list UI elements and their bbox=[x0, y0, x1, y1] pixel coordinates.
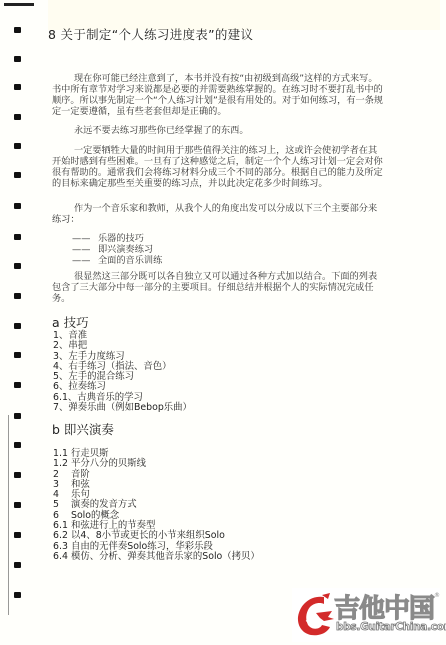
dash-item: ——全面的音乐训练 bbox=[72, 255, 162, 266]
binder-hole bbox=[14, 234, 21, 240]
intro-paragraph: 现在你可能已经注意到了，本书并没有按“由初级到高级”这样的方式来写。书中所有章节… bbox=[52, 73, 386, 117]
binder-hole bbox=[14, 502, 21, 508]
binder-hole bbox=[14, 323, 21, 329]
watermark-title: 吉他中国 bbox=[334, 588, 434, 625]
dash-item: ——乐器的技巧 bbox=[72, 233, 162, 244]
section-a-list: 1、音准 2、串把 3、左手力度练习 4、右手练习（指法、音色） 5、左手的混合… bbox=[53, 331, 192, 413]
list-item: 7、弹奏乐曲（例如Bebop乐曲） bbox=[53, 403, 192, 413]
binder-hole bbox=[14, 592, 21, 598]
binder-hole bbox=[14, 413, 21, 419]
practice-paragraph: 一定要牺牲大量的时间用于那些值得关注的练习上，这或许会使初学者在其开始时感到有些… bbox=[52, 145, 386, 189]
list-item: 6.4模仿、分析、弹奏其他音乐家的Solo（拷贝） bbox=[53, 552, 260, 562]
section-b-list: 1.1行走贝斯 1.2平分八分的贝斯线 2音阶 3和弦 4乐句 5演奏的发音方式… bbox=[53, 449, 260, 562]
binder-hole bbox=[14, 263, 21, 269]
emphasis-paragraph: 永远不要去练习那些你已经掌握了的东西。 bbox=[52, 125, 386, 136]
three-parts-paragraph: 作为一个音乐家和教师，从我个人的角度出发可以分成以下三个主要部分来练习： bbox=[52, 203, 386, 225]
binder-hole bbox=[14, 203, 21, 209]
binder-hole bbox=[14, 143, 21, 149]
binder-hole bbox=[14, 532, 21, 538]
registered-mark: ® bbox=[434, 592, 440, 599]
top-edge-bar bbox=[4, 3, 34, 6]
binder-hole bbox=[14, 352, 21, 358]
section-a-heading: a 技巧 bbox=[52, 313, 89, 331]
binder-hole bbox=[14, 293, 21, 299]
binder-hole bbox=[14, 114, 21, 120]
watermark: 吉他中国 ® bbs.GuitarChina.com bbox=[292, 588, 440, 642]
binder-hole bbox=[14, 56, 21, 62]
binder-hole bbox=[14, 172, 21, 178]
section-b-heading: b 即兴演奏 bbox=[52, 420, 114, 438]
dragon-logo-icon bbox=[294, 591, 336, 639]
watermark-url: bbs.GuitarChina.com bbox=[336, 621, 446, 633]
binder-hole bbox=[14, 27, 21, 33]
binding-line bbox=[8, 415, 9, 615]
dash-list: ——乐器的技巧 ——即兴演奏练习 ——全面的音乐训练 bbox=[72, 233, 162, 266]
chapter-title: 8 关于制定“个人练习进度表”的建议 bbox=[48, 25, 253, 43]
binder-hole bbox=[14, 382, 21, 388]
binder-hole bbox=[14, 472, 21, 478]
binder-hole bbox=[14, 442, 21, 448]
binder-hole bbox=[14, 562, 21, 568]
dash-item: ——即兴演奏练习 bbox=[72, 244, 162, 255]
closing-paragraph: 很显然这三部分既可以各自独立又可以通过各种方式加以结合。下面的列表包含了三大部分… bbox=[52, 271, 386, 304]
binder-hole bbox=[14, 84, 21, 90]
